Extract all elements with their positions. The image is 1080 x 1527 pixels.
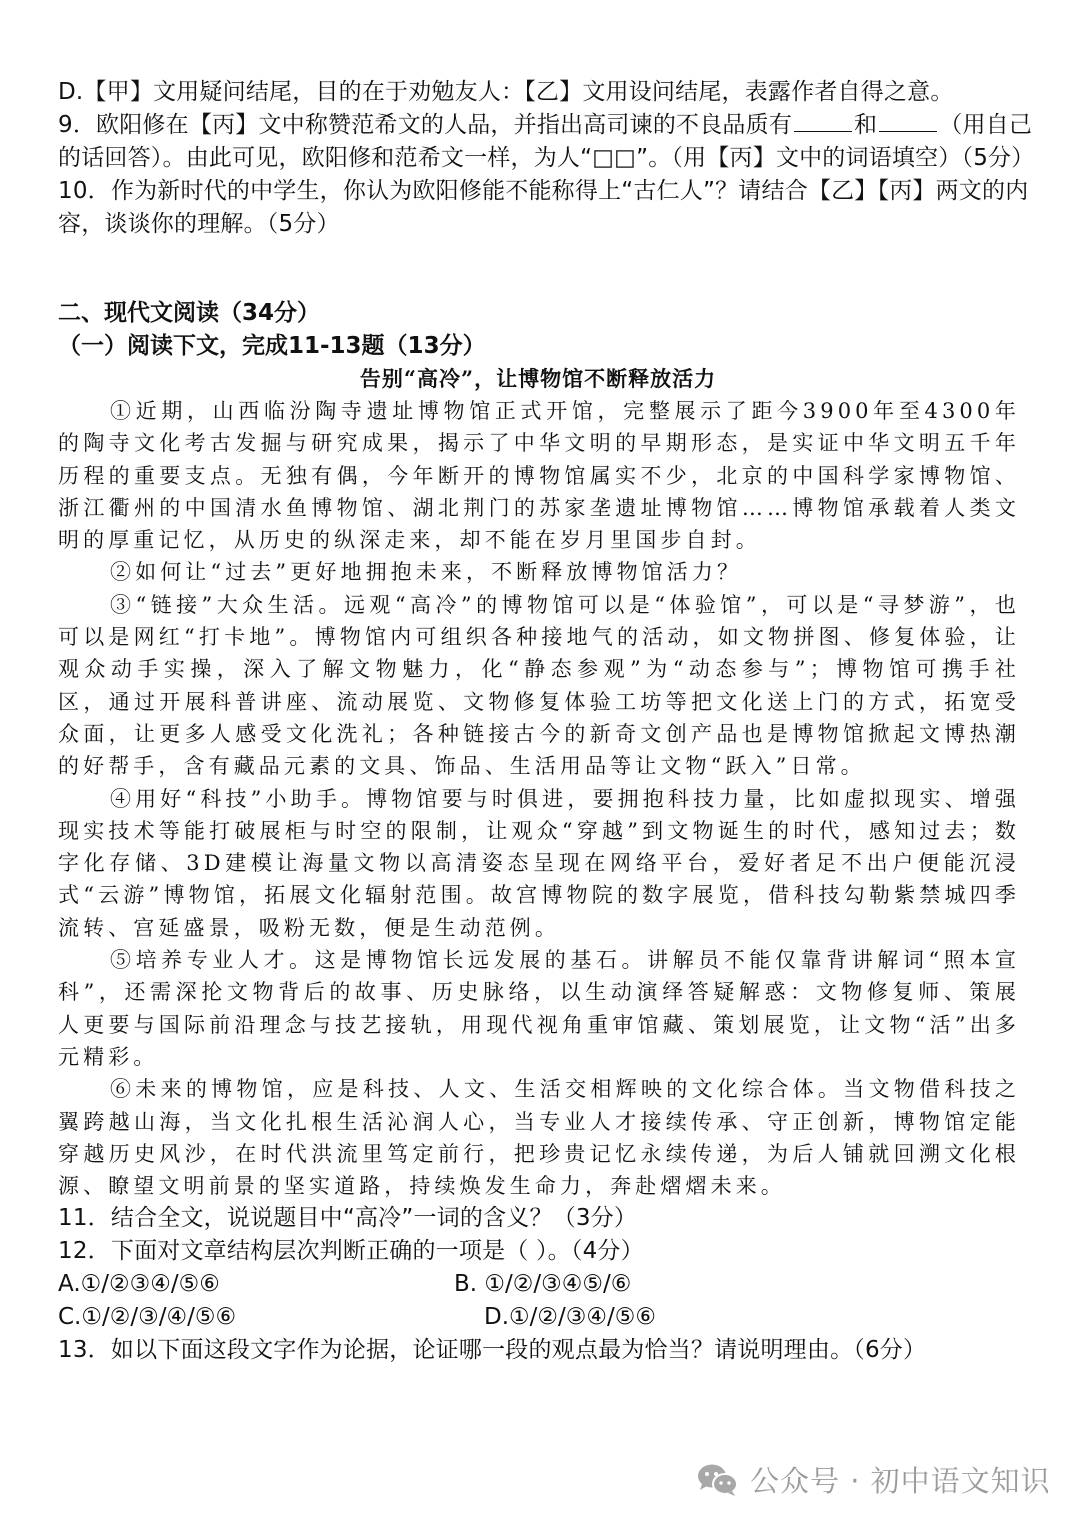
wechat-icon [696,1463,740,1497]
spacer [58,241,1038,297]
question-10: 10．作为新时代的中学生，你认为欧阳修能不能称得上“古仁人”？请结合【乙】【丙】… [58,175,1038,241]
question-12-stem: 12．下面对文章结构层次判断正确的一项是（ ）。（4分） [58,1235,1038,1268]
q9-and: 和 [854,112,877,138]
q8-option-d: D.【甲】文用疑问结尾，目的在于劝勉友人：【乙】文用设问结尾，表露作者自得之意。 [58,76,1038,109]
article-title: 告别“高冷”，让博物馆不断释放活力 [58,363,1038,395]
article-paragraph-3: ③“链接”大众生活。远观“高冷”的博物馆可以是“体验馆”，可以是“寻梦游”，也可… [58,589,1020,783]
option-b[interactable]: B. ①/②/③④⑤/⑥ [454,1268,1038,1301]
answer-blank-1[interactable] [794,109,852,132]
answer-blank-2[interactable] [879,109,937,132]
article-paragraph-4: ④用好“科技”小助手。博物馆要与时俱进，要拥抱科技力量，比如虚拟现实、增强现实技… [58,783,1020,944]
article-paragraph-2: ②如何让“过去”更好地拥抱未来，不断释放博物馆活力？ [58,556,1020,588]
article-paragraph-6: ⑥未来的博物馆，应是科技、人文、生活交相辉映的文化综合体。当文物借科技之翼跨越山… [58,1073,1020,1202]
q9-text-part1: 9．欧阳修在【丙】文中称赞范希文的人品，并指出高司谏的不良品质有 [58,112,792,138]
watermark-text: 公众号 · 初中语文知识 [750,1459,1051,1500]
question-12-options: A.①/②③④/⑤⑥ B. ①/②/③④⑤/⑥ C.①/②/③/④/⑤⑥ D.①… [58,1268,1038,1334]
section-heading: 二、现代文阅读（34分） [58,297,1038,330]
exam-page: D.【甲】文用疑问结尾，目的在于劝勉友人：【乙】文用设问结尾，表露作者自得之意。… [58,76,1038,1367]
article-paragraph-5: ⑤培养专业人才。这是博物馆长远发展的基石。讲解员不能仅靠背讲解词“照本宣科”，还… [58,944,1020,1073]
part-heading: （一）阅读下文，完成11-13题（13分） [58,330,1038,363]
article-paragraph-1: ①近期，山西临汾陶寺遗址博物馆正式开馆，完整展示了距今3900年至4300年的陶… [58,395,1020,556]
question-11: 11．结合全文，说说题目中“高冷”一词的含义？（3分） [58,1202,1038,1235]
option-d[interactable]: D.①/②/③④/⑤⑥ [454,1301,1038,1334]
option-a[interactable]: A.①/②③④/⑤⑥ [58,1268,454,1301]
question-13: 13．如以下面这段文字作为论据，论证哪一段的观点最为恰当？请说明理由。（6分） [58,1334,1038,1367]
watermark: 公众号 · 初中语文知识 [696,1459,1051,1500]
question-9: 9．欧阳修在【丙】文中称赞范希文的人品，并指出高司谏的不良品质有和（用自己的话回… [58,109,1038,175]
option-c[interactable]: C.①/②/③/④/⑤⑥ [58,1301,454,1334]
